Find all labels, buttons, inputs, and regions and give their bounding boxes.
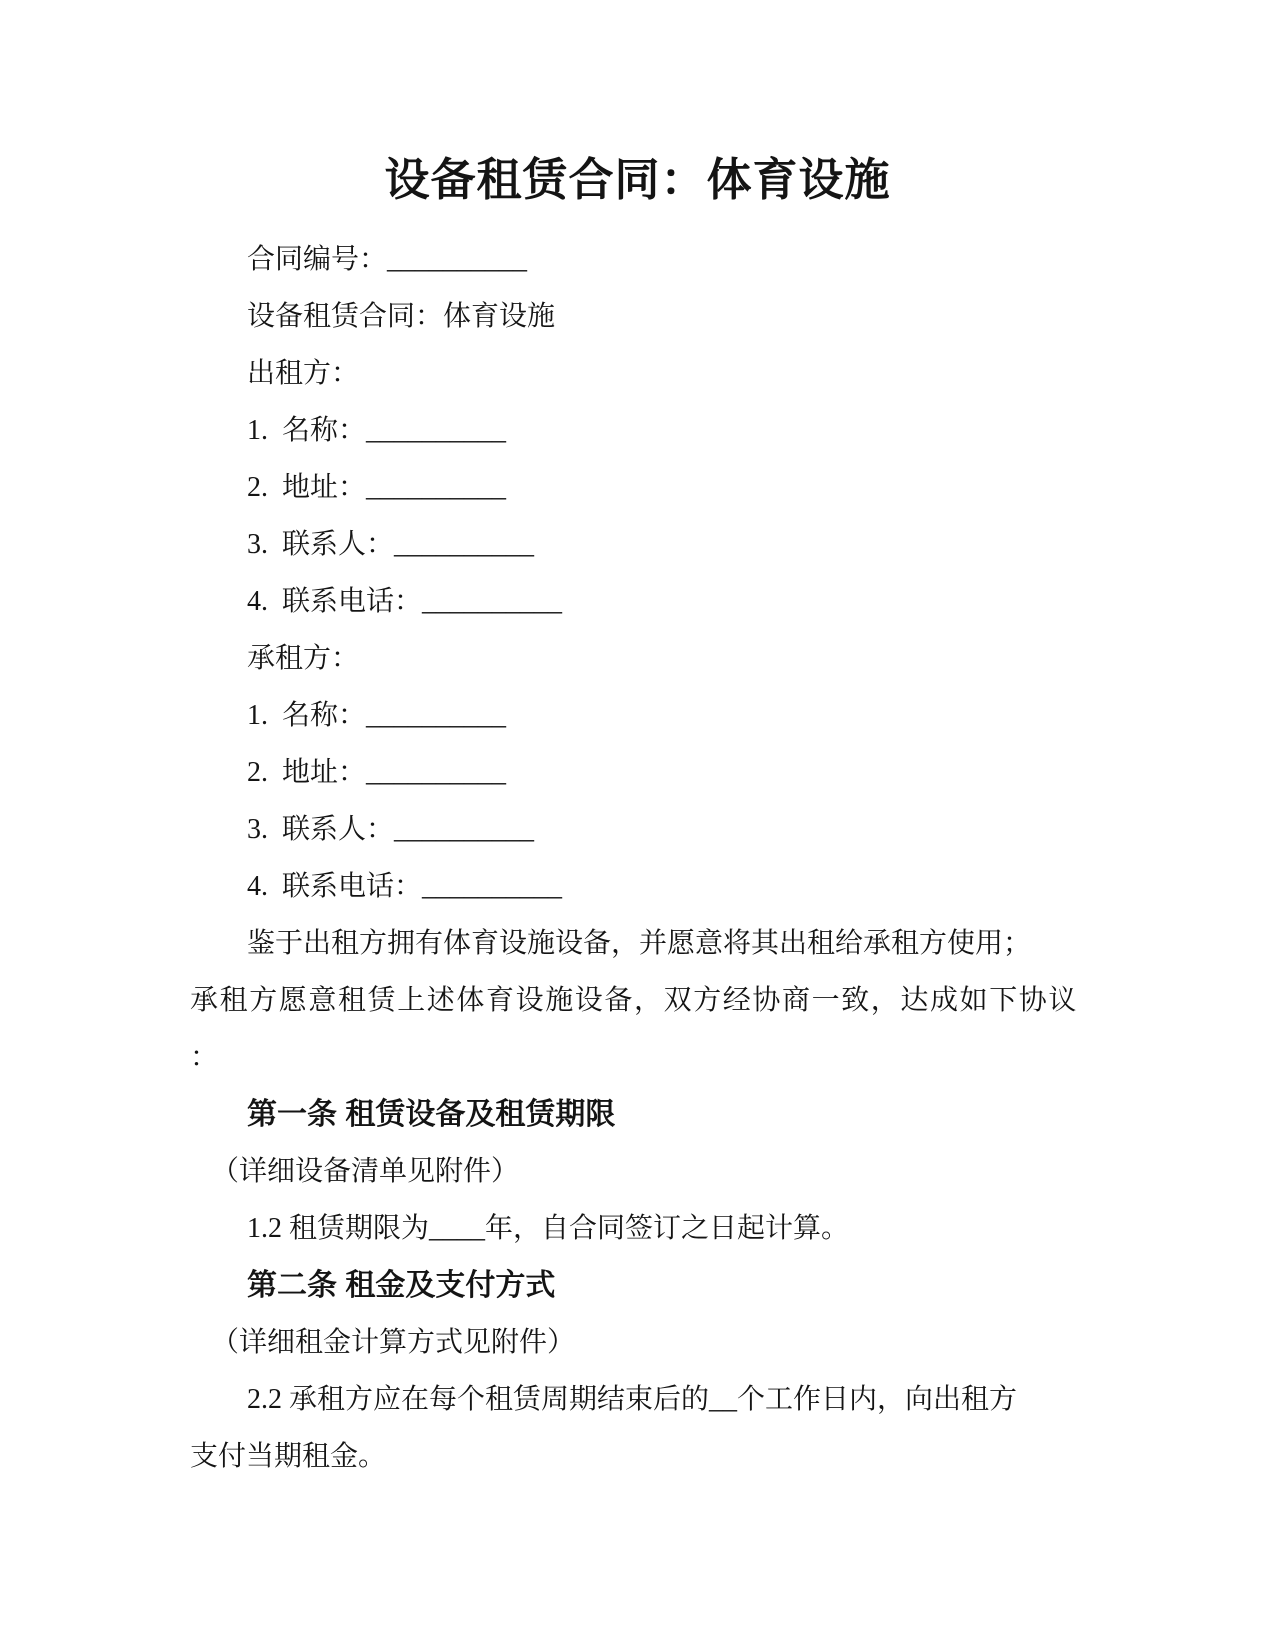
article-2-heading: 第二条 租金及支付方式 [190, 1257, 1085, 1314]
clause-2-2-line-1: 2.2 承租方应在每个租赁周期结束后的__个工作日内，向出租方 [190, 1371, 1085, 1428]
article-1-note: （详细设备清单见附件） [190, 1143, 1085, 1200]
lessor-phone-line: 4. 联系电话：__________ [190, 573, 1085, 630]
preamble-line-2: 承租方愿意租赁上述体育设施设备，双方经协商一致，达成如下协议 [190, 972, 1085, 1029]
lessee-address-line: 2. 地址：__________ [190, 744, 1085, 801]
subtitle-line: 设备租赁合同：体育设施 [190, 288, 1085, 345]
preamble-line-3: ： [190, 1029, 1085, 1086]
clause-2-2-line-2: 支付当期租金。 [190, 1428, 1085, 1485]
lessee-name-line: 1. 名称：__________ [190, 687, 1085, 744]
preamble-line-1: 鉴于出租方拥有体育设施设备，并愿意将其出租给承租方使用； [190, 915, 1085, 972]
lessee-contact-line: 3. 联系人：__________ [190, 801, 1085, 858]
lessor-contact-line: 3. 联系人：__________ [190, 516, 1085, 573]
lessor-heading: 出租方： [190, 345, 1085, 402]
article-2-note: （详细租金计算方式见附件） [190, 1314, 1085, 1371]
contract-number-line: 合同编号：__________ [190, 231, 1085, 288]
lessor-name-line: 1. 名称：__________ [190, 402, 1085, 459]
clause-1-2-line: 1.2 租赁期限为____年，自合同签订之日起计算。 [190, 1200, 1085, 1257]
lessee-phone-line: 4. 联系电话：__________ [190, 858, 1085, 915]
lessor-address-line: 2. 地址：__________ [190, 459, 1085, 516]
document-body: 合同编号：__________设备租赁合同：体育设施出租方：1. 名称：____… [190, 231, 1085, 1485]
document-title: 设备租赁合同：体育设施 [190, 145, 1085, 215]
document-content: 设备租赁合同：体育设施 合同编号：__________设备租赁合同：体育设施出租… [0, 0, 1275, 1485]
lessee-heading: 承租方： [190, 630, 1085, 687]
document-page: 设备租赁合同：体育设施 合同编号：__________设备租赁合同：体育设施出租… [0, 0, 1275, 1650]
article-1-heading: 第一条 租赁设备及租赁期限 [190, 1086, 1085, 1143]
